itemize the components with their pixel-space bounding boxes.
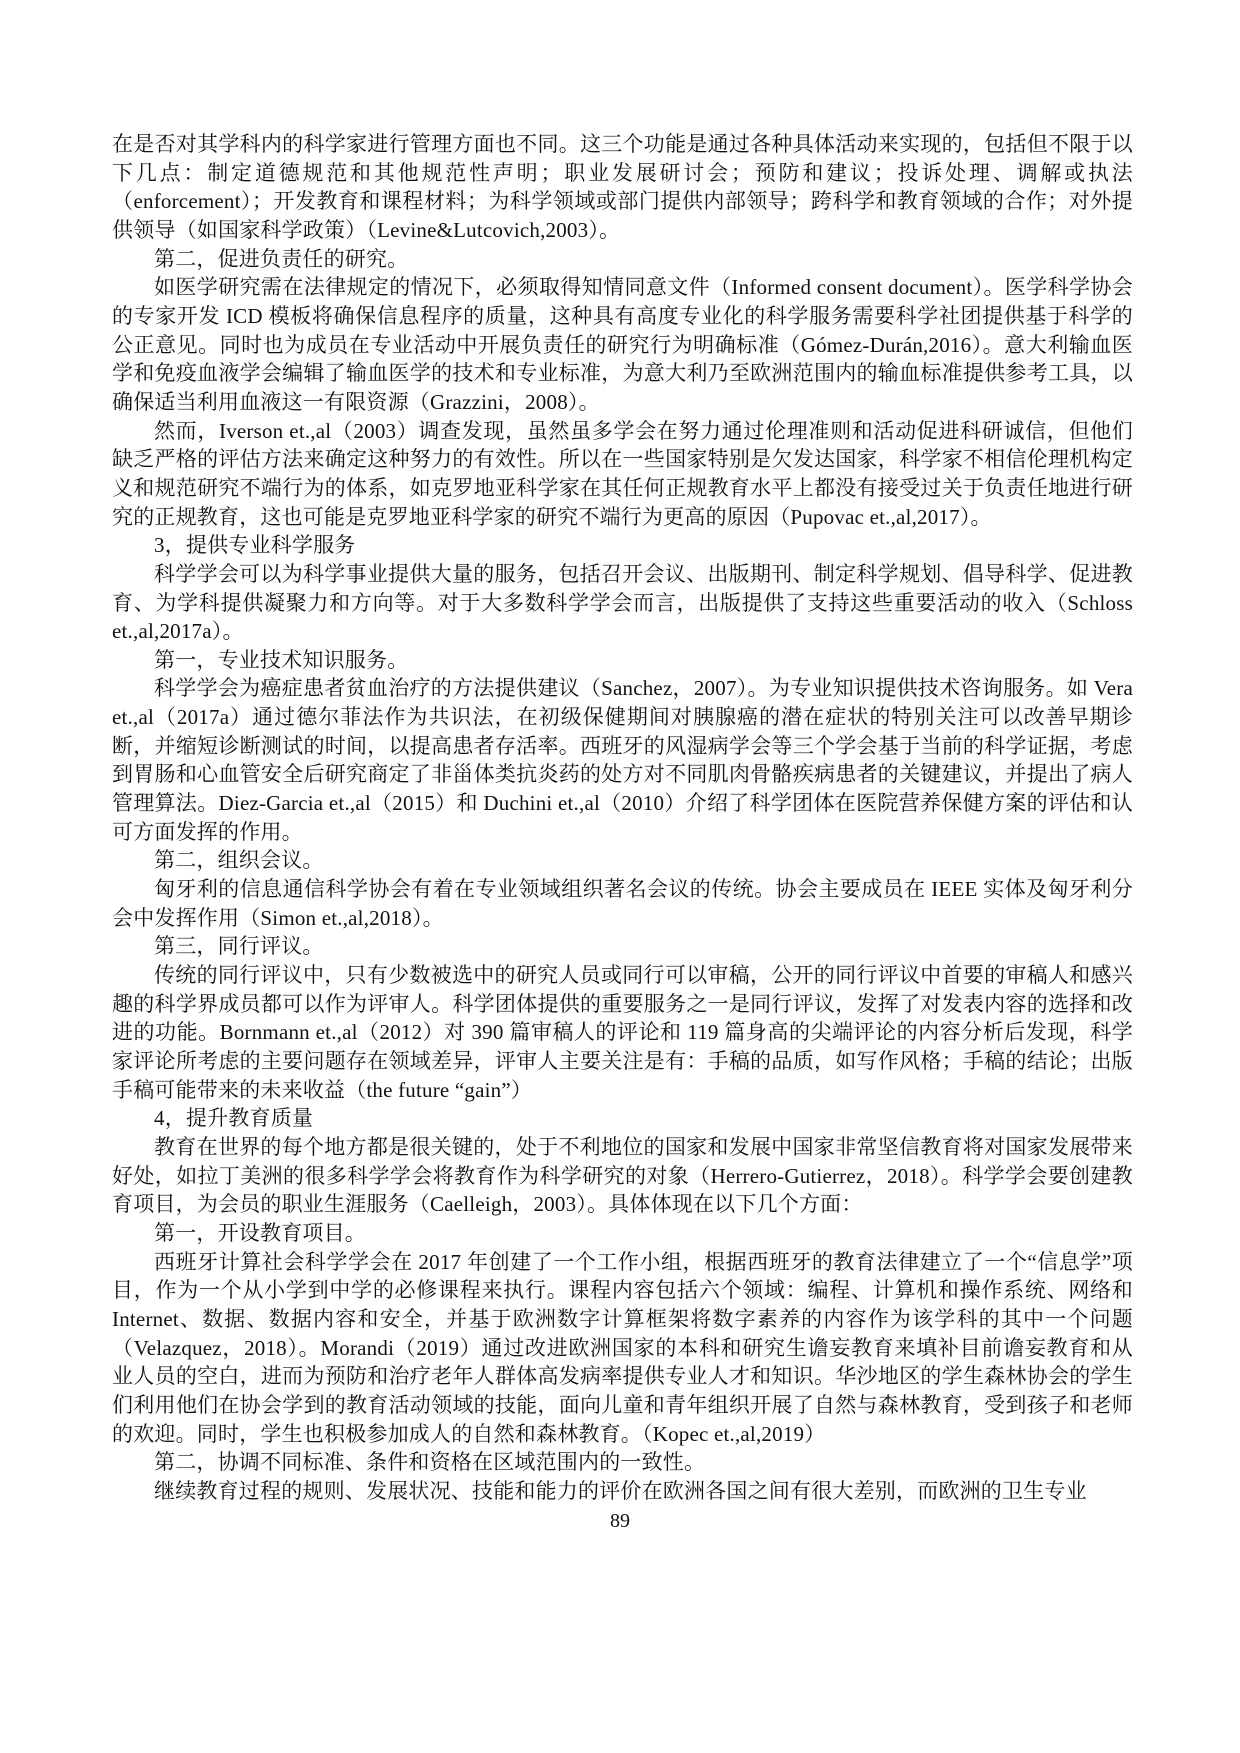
paragraph: 西班牙计算社会科学学会在 2017 年创建了一个工作小组，根据西班牙的教育法律建…: [112, 1248, 1133, 1449]
document-page: 在是否对其学科内的科学家进行管理方面也不同。这三个功能是通过各种具体活动来实现的…: [0, 0, 1240, 1753]
section-heading: 4，提升教育质量: [112, 1104, 1133, 1133]
paragraph: 如医学研究需在法律规定的情况下，必须取得知情同意文件（Informed cons…: [112, 273, 1133, 416]
sub-heading: 第二，协调不同标准、条件和资格在区域范围内的一致性。: [112, 1448, 1133, 1477]
page-number: 89: [0, 1507, 1240, 1535]
section-heading: 3，提供专业科学服务: [112, 531, 1133, 560]
sub-heading: 第一，开设教育项目。: [112, 1219, 1133, 1248]
paragraph: 科学学会可以为科学事业提供大量的服务，包括召开会议、出版期刊、制定科学规划、倡导…: [112, 560, 1133, 646]
paragraph: 教育在世界的每个地方都是很关键的，处于不利地位的国家和发展中国家非常坚信教育将对…: [112, 1133, 1133, 1219]
paragraph: 在是否对其学科内的科学家进行管理方面也不同。这三个功能是通过各种具体活动来实现的…: [112, 130, 1133, 245]
paragraph: 然而，Iverson et.,al（2003）调查发现，虽然虽多学会在努力通过伦…: [112, 417, 1133, 532]
paragraph: 科学学会为癌症患者贫血治疗的方法提供建议（Sanchez，2007）。为专业知识…: [112, 674, 1133, 846]
page-body-text: 在是否对其学科内的科学家进行管理方面也不同。这三个功能是通过各种具体活动来实现的…: [112, 130, 1133, 1506]
sub-heading: 第三，同行评议。: [112, 932, 1133, 961]
paragraph: 匈牙利的信息通信科学协会有着在专业领域组织著名会议的传统。协会主要成员在 IEE…: [112, 875, 1133, 932]
sub-heading: 第一，专业技术知识服务。: [112, 646, 1133, 675]
sub-heading: 第二，组织会议。: [112, 846, 1133, 875]
paragraph: 继续教育过程的规则、发展状况、技能和能力的评价在欧洲各国之间有很大差别，而欧洲的…: [112, 1477, 1133, 1506]
paragraph: 第二，促进负责任的研究。: [112, 245, 1133, 274]
paragraph: 传统的同行评议中，只有少数被选中的研究人员或同行可以审稿，公开的同行评议中首要的…: [112, 961, 1133, 1104]
